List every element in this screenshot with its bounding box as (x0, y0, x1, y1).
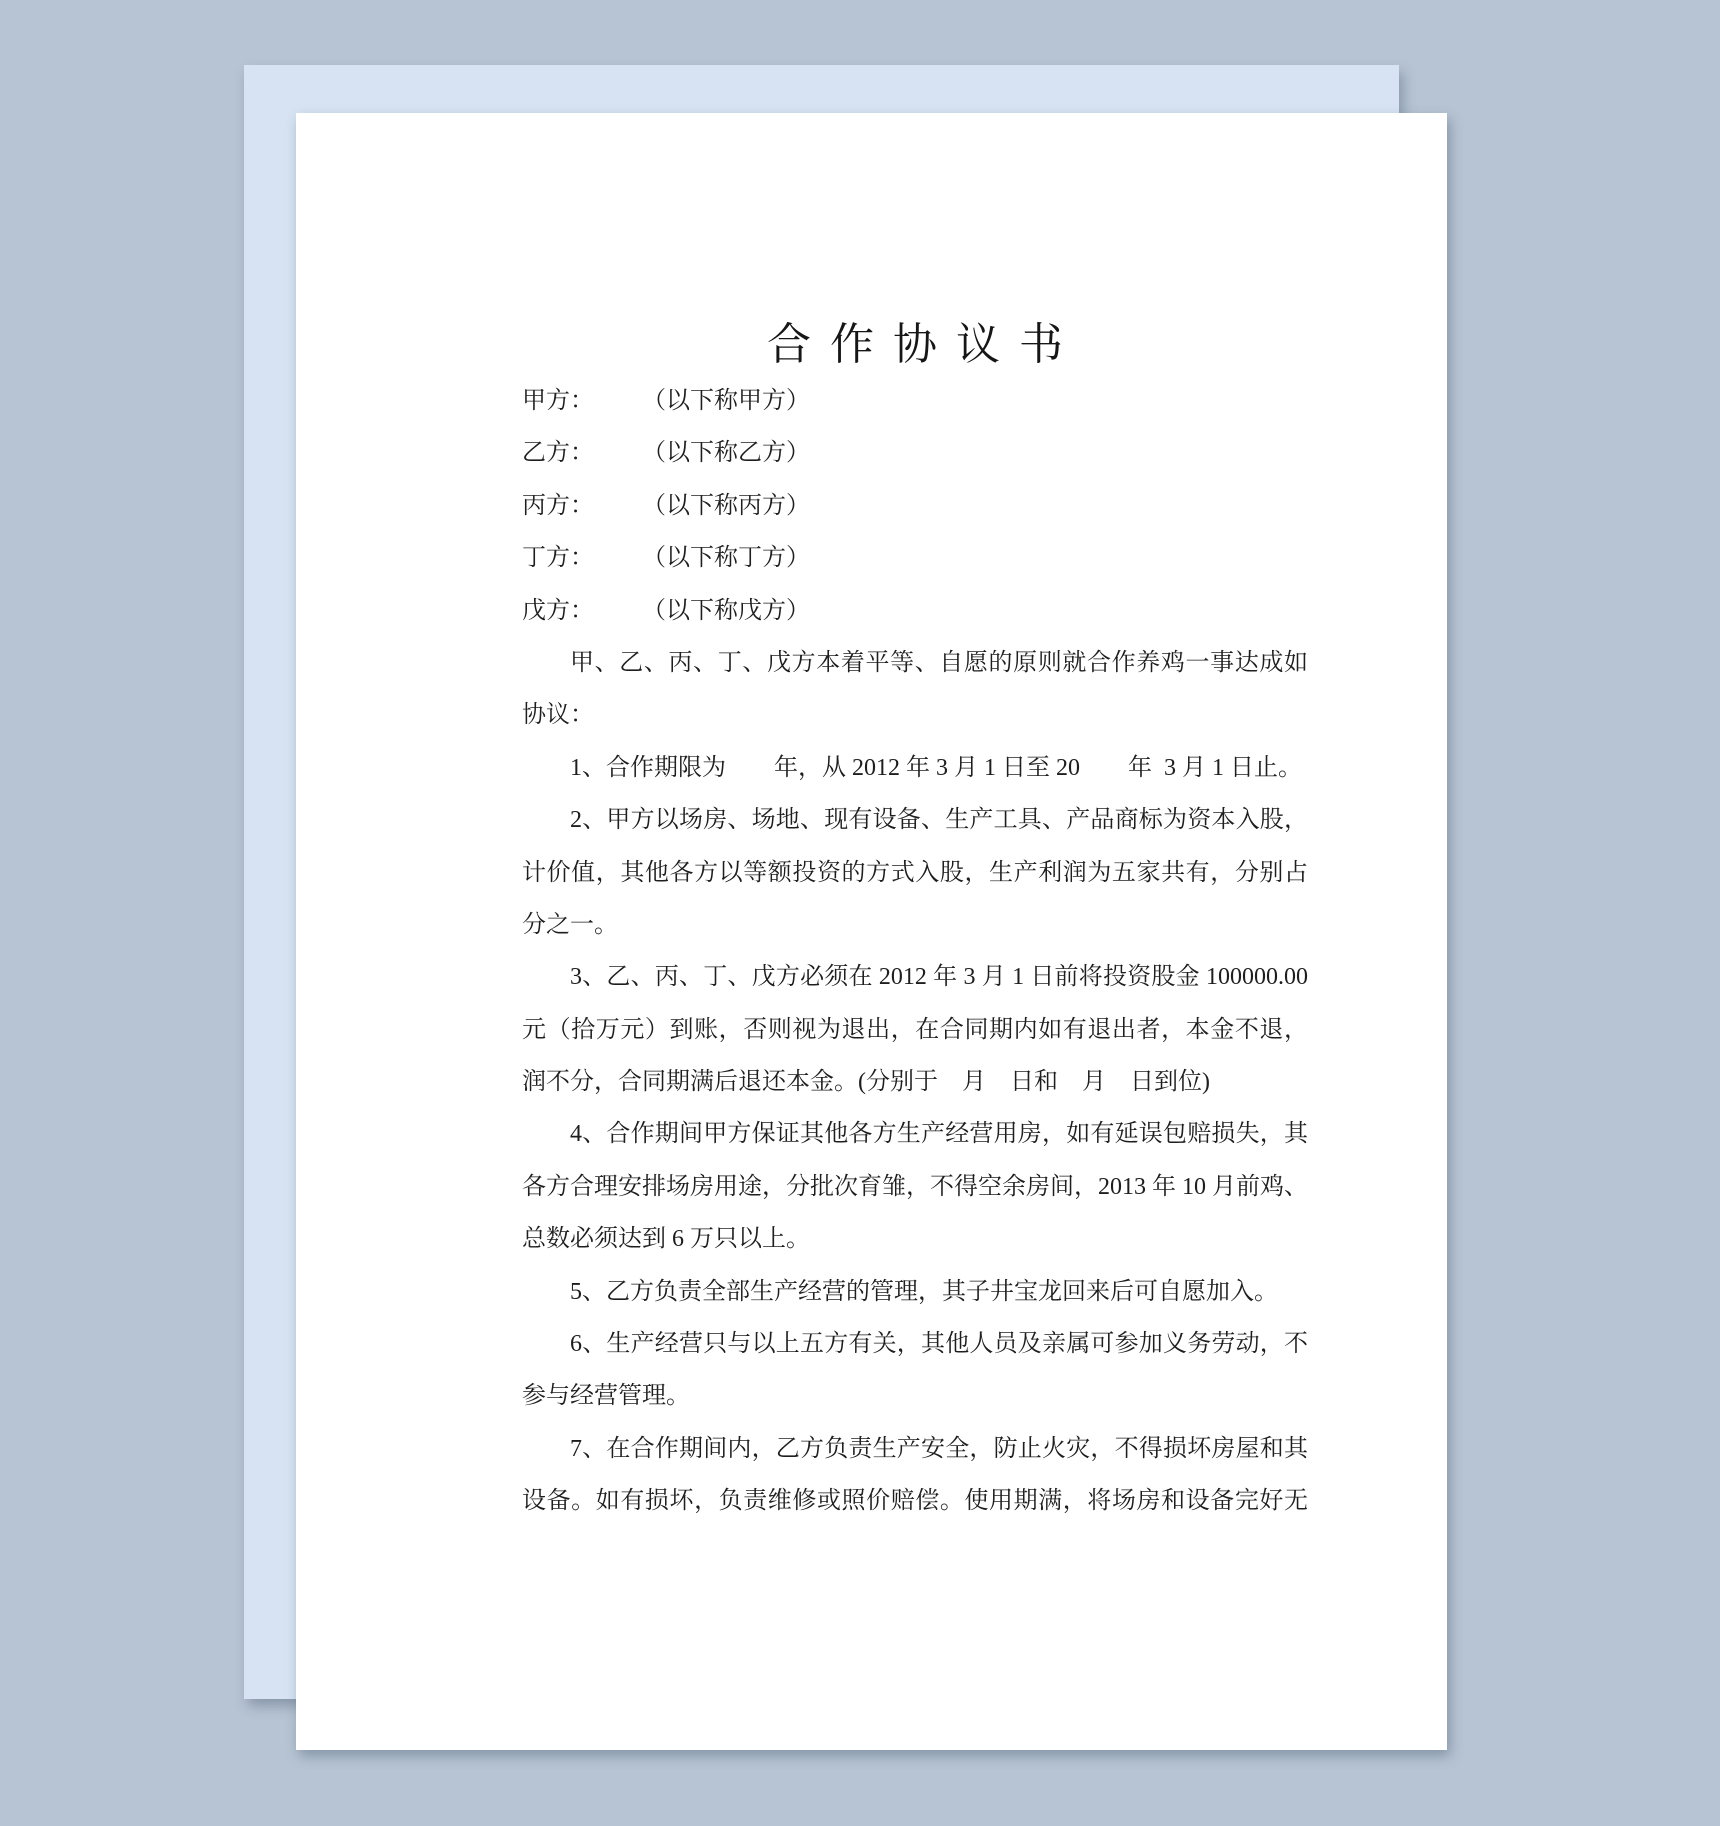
document-body: 甲方： （以下称甲方）乙方： （以下称乙方）丙方： （以下称丙方）丁方： （以下… (522, 375, 1308, 1528)
document-line: 甲、乙、丙、丁、戊方本着平等、自愿的原则就合作养鸡一事达成如下 (522, 637, 1308, 689)
document-line: 4、合作期间甲方保证其他各方生产经营用房，如有延误包赔损失，其他 (522, 1108, 1308, 1160)
document-line: 总数必须达到 6 万只以上。 (522, 1213, 1308, 1265)
document-title: 合 作 协 议 书 (522, 315, 1308, 375)
document-line: 分之一。 (522, 899, 1308, 951)
document-line: 丙方： （以下称丙方） (522, 480, 1308, 532)
document-line: 各方合理安排场房用途，分批次育雏，不得空余房间，2013 年 10 月前鸡、雏 (522, 1161, 1308, 1213)
document-line: 参与经营管理。 (522, 1370, 1308, 1422)
document-line: 6、生产经营只与以上五方有关，其他人员及亲属可参加义务劳动，不准 (522, 1318, 1308, 1370)
document-line: 1、合作期限为 年，从 2012 年 3 月 1 日至 20 年 3 月 1 日… (522, 742, 1308, 794)
document: 合 作 协 议 书 甲方： （以下称甲方）乙方： （以下称乙方）丙方： （以下称… (522, 315, 1308, 1528)
document-line: 3、乙、丙、丁、戊方必须在 2012 年 3 月 1 日前将投资股金 10000… (522, 951, 1308, 1003)
page-background: { "colors": { "background": "#b7c4d4", "… (0, 0, 1720, 1826)
document-line: 戊方： （以下称戊方） (522, 585, 1308, 637)
document-line: 润不分，合同期满后退还本金。(分别于 月 日和 月 日到位) (522, 1056, 1308, 1108)
document-line: 元（拾万元）到账，否则视为退出，在合同期内如有退出者，本金不退，利 (522, 1004, 1308, 1056)
document-line: 设备。如有损坏，负责维修或照价赔偿。使用期满，将场房和设备完好无损 (522, 1475, 1308, 1527)
document-line: 7、在合作期间内，乙方负责生产安全，防止火灾，不得损坏房屋和其他 (522, 1423, 1308, 1475)
document-line: 甲方： （以下称甲方） (522, 375, 1308, 427)
document-line: 计价值，其他各方以等额投资的方式入股，生产利润为五家共有，分别占五 (522, 847, 1308, 899)
document-line: 乙方： （以下称乙方） (522, 427, 1308, 479)
document-line: 5、乙方负责全部生产经营的管理，其子井宝龙回来后可自愿加入。 (522, 1266, 1308, 1318)
document-line: 协议： (522, 689, 1308, 741)
document-line: 丁方： （以下称丁方） (522, 532, 1308, 584)
front-page: 合 作 协 议 书 甲方： （以下称甲方）乙方： （以下称乙方）丙方： （以下称… (296, 113, 1447, 1750)
document-line: 2、甲方以场房、场地、现有设备、生产工具、产品商标为资本入股，不 (522, 794, 1308, 846)
